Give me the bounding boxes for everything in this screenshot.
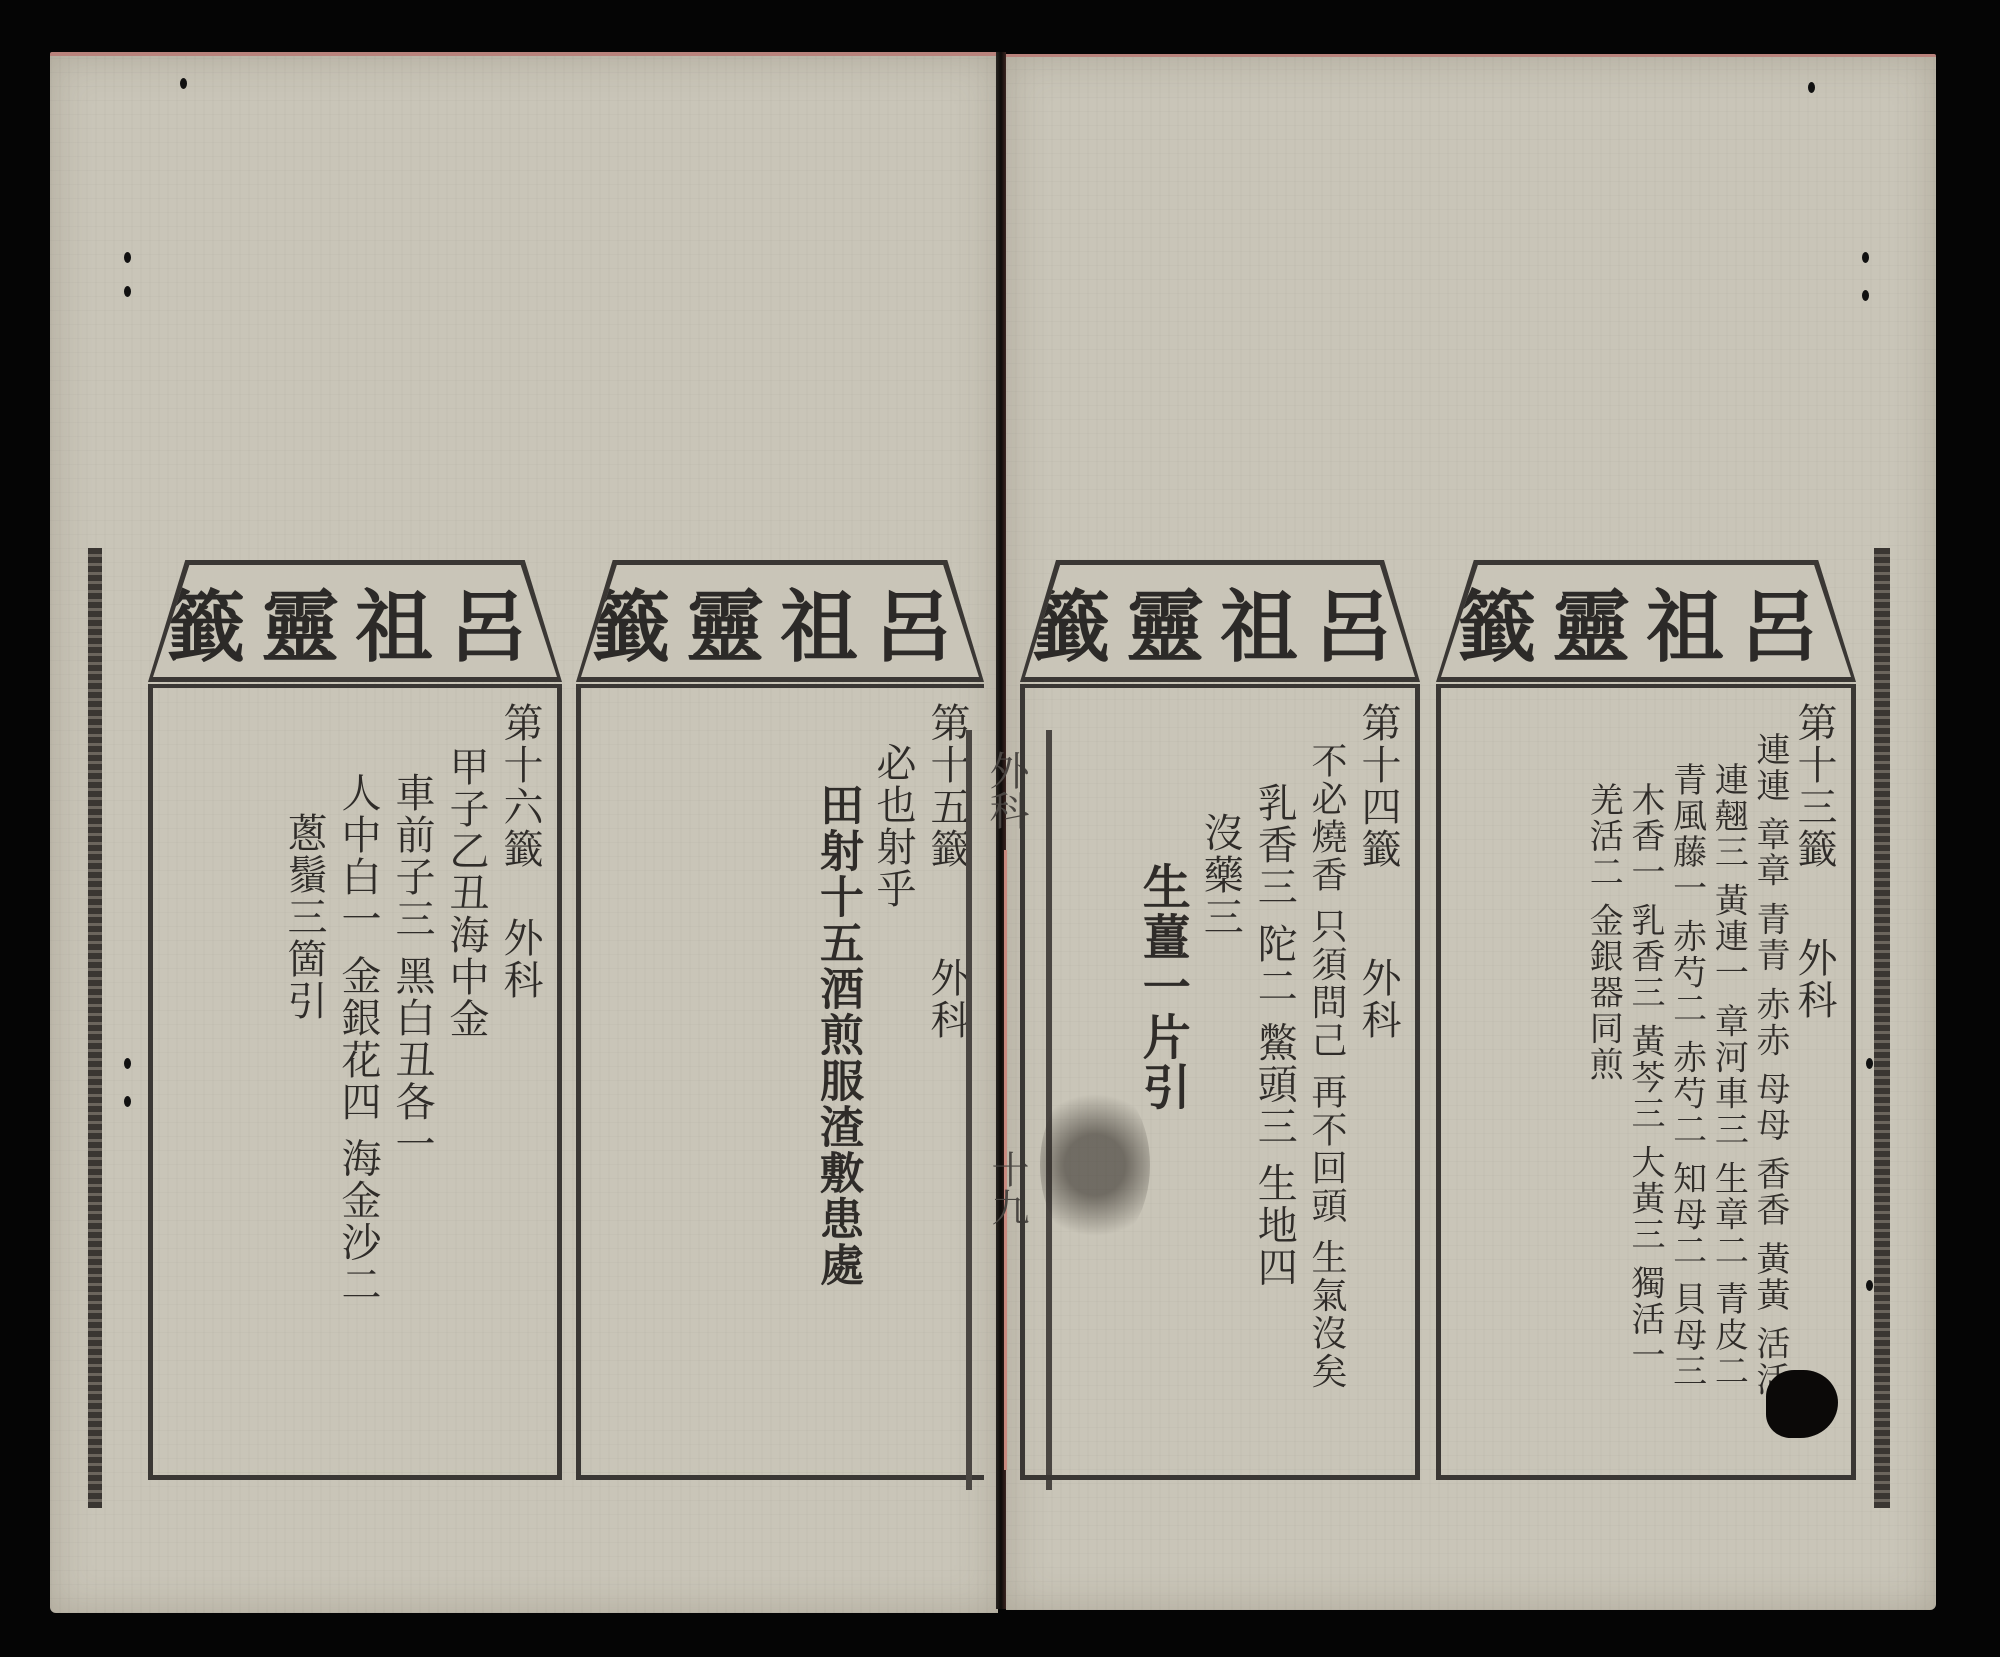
slip-header: 呂祖靈籤 <box>1441 565 1851 677</box>
slip-header: 呂祖靈籤 <box>153 565 557 677</box>
slip-prescription-line: 車前子三 黑白丑各一 <box>391 702 433 1461</box>
slip-body: 第十五籤 外科 必也射乎 田射十五酒煎服渣敷患處 <box>576 684 984 1480</box>
oracle-slip-16: 呂祖靈籤 第十六籤 外科 甲子乙丑海中金 車前子三 黑白丑各一 人中白一 金銀花… <box>148 560 562 1480</box>
right-edge-border <box>1874 548 1890 1508</box>
slip-category: 外科 <box>1793 937 1835 1021</box>
binding-hole <box>124 1096 131 1107</box>
left-edge-border <box>88 548 102 1508</box>
binding-hole <box>124 252 131 263</box>
slip-number: 第十五籤 <box>926 702 968 870</box>
ink-stain <box>1040 1080 1150 1250</box>
slip-prescription-line: 連翹三 黃連一 章河車三 生章二 青皮二 <box>1710 702 1746 1461</box>
slip-number: 第十四籤 <box>1357 702 1399 870</box>
slip-prescription-line: 人中白一 金銀花四 海金沙二 <box>337 702 379 1461</box>
binding-hole <box>1808 82 1815 93</box>
binding-hole <box>1866 1058 1873 1069</box>
slip-number: 第十三籤 <box>1793 702 1835 870</box>
slip-verse: 不必燒香 只須問己 再不回頭 生氣沒矣 <box>1307 702 1345 1461</box>
slip-header-title: 呂祖靈籤 <box>1458 565 1834 677</box>
slip-header-title: 呂祖靈籤 <box>167 565 543 677</box>
slip-verse: 甲子乙丑海中金 <box>445 702 487 1461</box>
slip-body: 第十六籤 外科 甲子乙丑海中金 車前子三 黑白丑各一 人中白一 金銀花四 海金沙… <box>148 684 562 1480</box>
slip-verse: 連連 章章 青青 赤赤 母母 香香 黃黃 活活 <box>1751 702 1787 1461</box>
slip-number: 第十六籤 <box>499 702 541 870</box>
slip-number-line: 第十三籤 外科 <box>1793 702 1835 1461</box>
binding-hole <box>1862 252 1869 263</box>
slip-body: 第十三籤 外科 連連 章章 青青 赤赤 母母 香香 黃黃 活活 連翹三 黃連一 … <box>1436 684 1856 1480</box>
slip-category: 外科 <box>926 957 968 1041</box>
slip-prescription-line: 沒藥三 <box>1199 702 1241 1461</box>
oracle-slip-15: 呂祖靈籤 第十五籤 外科 必也射乎 田射十五酒煎服渣敷患處 <box>576 560 984 1480</box>
slip-header: 呂祖靈籤 <box>581 565 979 677</box>
binding-hole <box>124 1058 131 1069</box>
oracle-slip-14: 呂祖靈籤 第十四籤 外科 不必燒香 只須問己 再不回頭 生氣沒矣 乳香三 陀二 … <box>1020 560 1420 1480</box>
slip-prescription-line: 乳香三 陀二 鱉頭三 生地四 <box>1253 702 1295 1461</box>
slip-verse: 必也射乎 <box>872 702 914 1461</box>
slip-prescription-line: 蔥鬚三箇引 <box>283 702 325 1461</box>
slip-category: 外科 <box>499 917 541 1001</box>
binding-hole <box>1862 290 1869 301</box>
slip-header: 呂祖靈籤 <box>1025 565 1415 677</box>
slip-number-line: 第十五籤 外科 <box>926 702 968 1461</box>
binding-hole <box>1866 1280 1873 1291</box>
slip-header-title: 呂祖靈籤 <box>592 565 968 677</box>
oracle-slip-13: 呂祖靈籤 第十三籤 外科 連連 章章 青青 赤赤 母母 香香 黃黃 活活 連翹三… <box>1436 560 1856 1480</box>
slip-prescription-line: 田射十五酒煎服渣敷患處 <box>814 702 860 1461</box>
slip-number-line: 第十四籤 外科 <box>1357 702 1399 1461</box>
slip-prescription-line: 木香一 乳香三 黃芩三 大黃三 獨活一 <box>1626 702 1662 1461</box>
slip-prescription-line: 青風藤一 赤芍二 赤芍二 知母二 貝母三 <box>1668 702 1704 1461</box>
slip-prescription-line: 羌活二 金銀器同煎 <box>1585 702 1621 1461</box>
slip-number-line: 第十六籤 外科 <box>499 702 541 1461</box>
slip-prescription-line: 生薑一片引 <box>1137 702 1187 1461</box>
binding-hole <box>124 286 131 297</box>
slip-header-title: 呂祖靈籤 <box>1032 565 1408 677</box>
slip-category: 外科 <box>1357 957 1399 1041</box>
binding-hole <box>180 78 187 89</box>
